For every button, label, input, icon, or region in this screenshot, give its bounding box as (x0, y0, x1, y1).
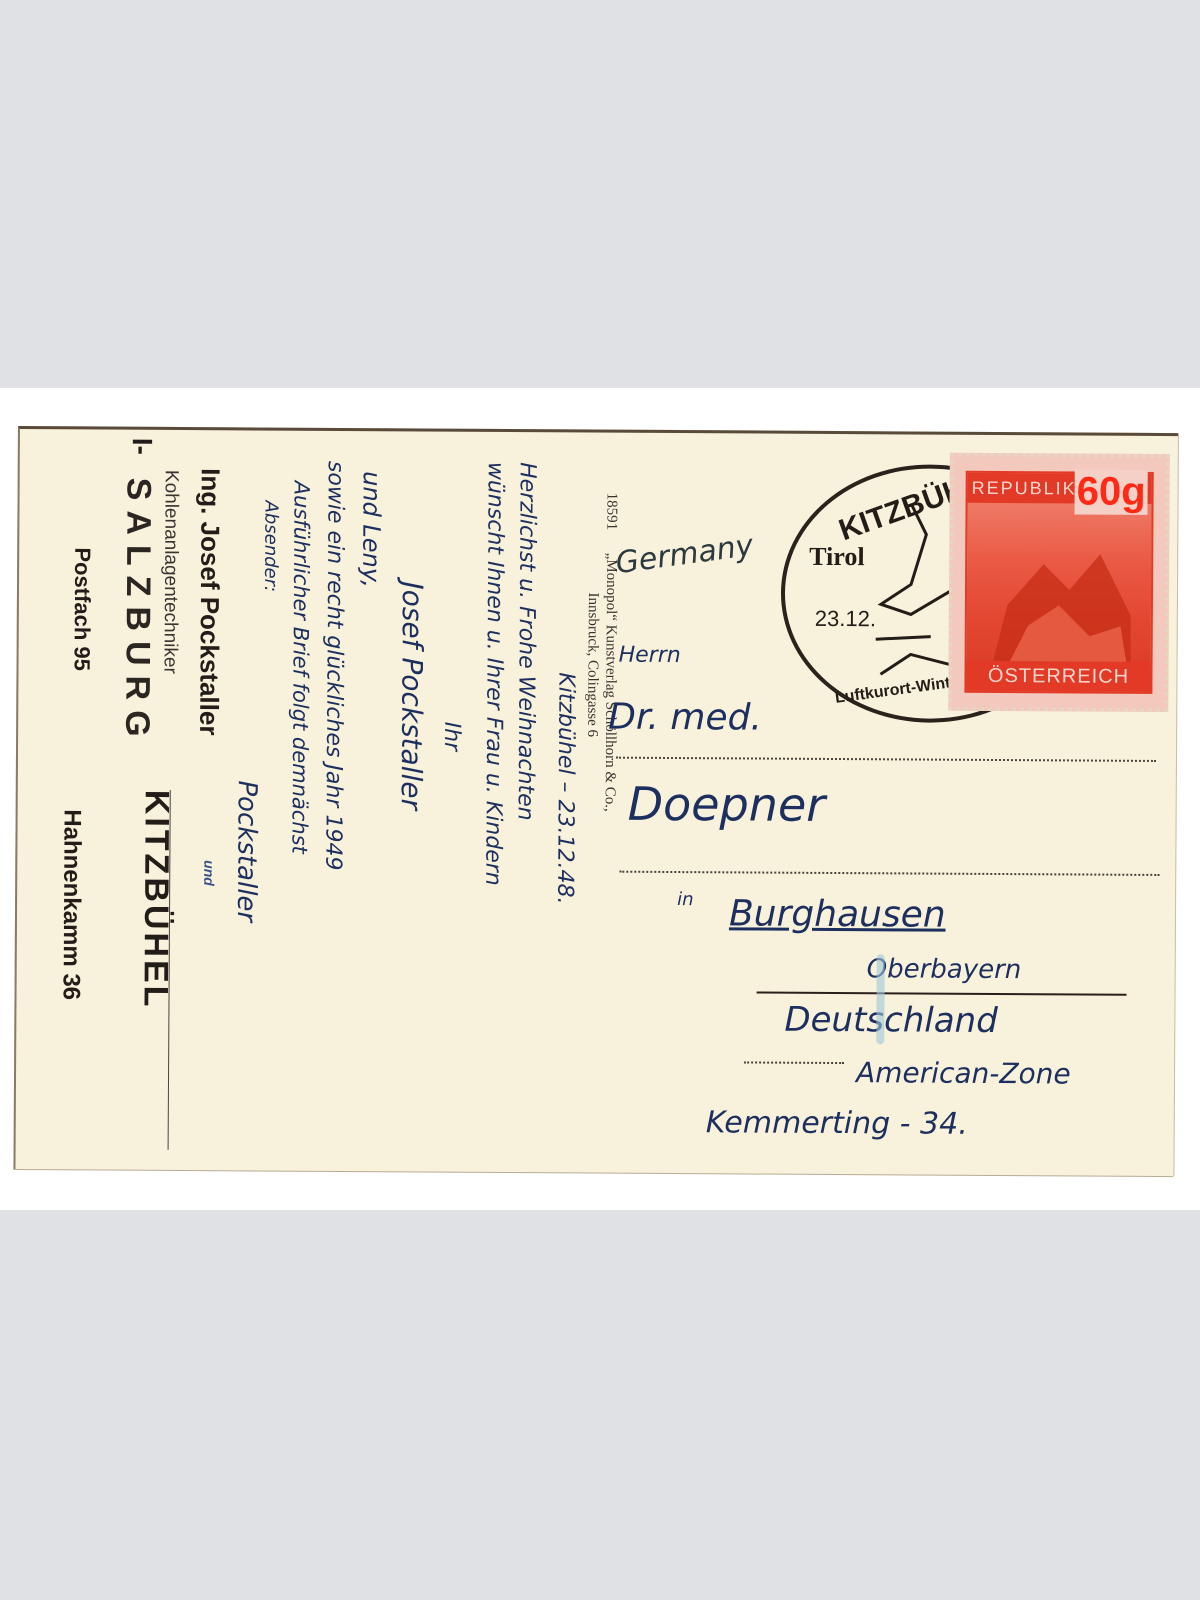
address-line-2 (619, 871, 1159, 876)
postcard: 18591 „Monopol“ Kunstverlag Schöllhorn &… (13, 426, 1178, 1176)
address-underline (757, 992, 1127, 996)
ink-smear (876, 954, 885, 1044)
sender-address-old: Postfach 95 (69, 547, 96, 671)
publisher-line2: Innsbruck, Colingasse 6 (583, 592, 601, 737)
address-region: Oberbayern (867, 954, 1022, 985)
sender-profession: Kohlenanlagentechniker (158, 470, 181, 674)
message-line-8: Absender: (260, 500, 282, 592)
sender-extra: und (201, 860, 217, 886)
sender-city-old: SALZBURG (117, 478, 158, 747)
address-in: in (677, 889, 694, 910)
publisher-number: 18591 (602, 493, 619, 531)
message-line-3: Ihr (439, 722, 464, 752)
publisher-line1: „Monopol“ Kunstverlag Schöllhorn & Co., (601, 553, 620, 812)
stamp-country-bottom: ÖSTERREICH (988, 665, 1129, 688)
address-country: Germany (614, 528, 756, 581)
address-nation: Deutschland (784, 1000, 998, 1041)
message-line-2: wünscht Ihnen u. Ihrer Frau u. Kindern (480, 462, 508, 886)
stamp-value: 60g (1075, 469, 1148, 514)
message-line-5: und Leny, (357, 471, 386, 588)
address-street: Kemmerting - 34. (706, 1105, 968, 1142)
message-line-6: sowie ein recht glückliches Jahr 1949 (320, 461, 348, 871)
address-salutation: Herrn (619, 643, 681, 668)
sender-prefix: I- (126, 438, 158, 455)
postage-stamp: REPUBLIK 60g ÖSTERREICH (948, 453, 1170, 712)
sender-address-new: Hahnenkamm 36 (56, 809, 85, 1000)
address-line-1 (616, 757, 1156, 762)
message-place-date: Kitzbühel – 23.12.48. (552, 672, 578, 904)
address-zone: American-Zone (856, 1056, 1071, 1090)
message-signature: Pockstaller (231, 780, 262, 922)
address-town: Burghausen (729, 893, 946, 935)
message-line-1: Herzlichst u. Frohe Weihnachten (513, 462, 540, 821)
message-line-7: Ausführlicher Brief folgt demnächst (287, 481, 313, 854)
sender-name: Ing. Josef Pockstaller (193, 468, 226, 736)
address-title: Dr. med. (608, 697, 762, 739)
message-signature-name: Josef Pockstaller (395, 581, 429, 810)
stamp-country-top: REPUBLIK (972, 478, 1077, 500)
address-name: Doepner (628, 777, 826, 832)
address-line-3 (744, 1061, 844, 1064)
